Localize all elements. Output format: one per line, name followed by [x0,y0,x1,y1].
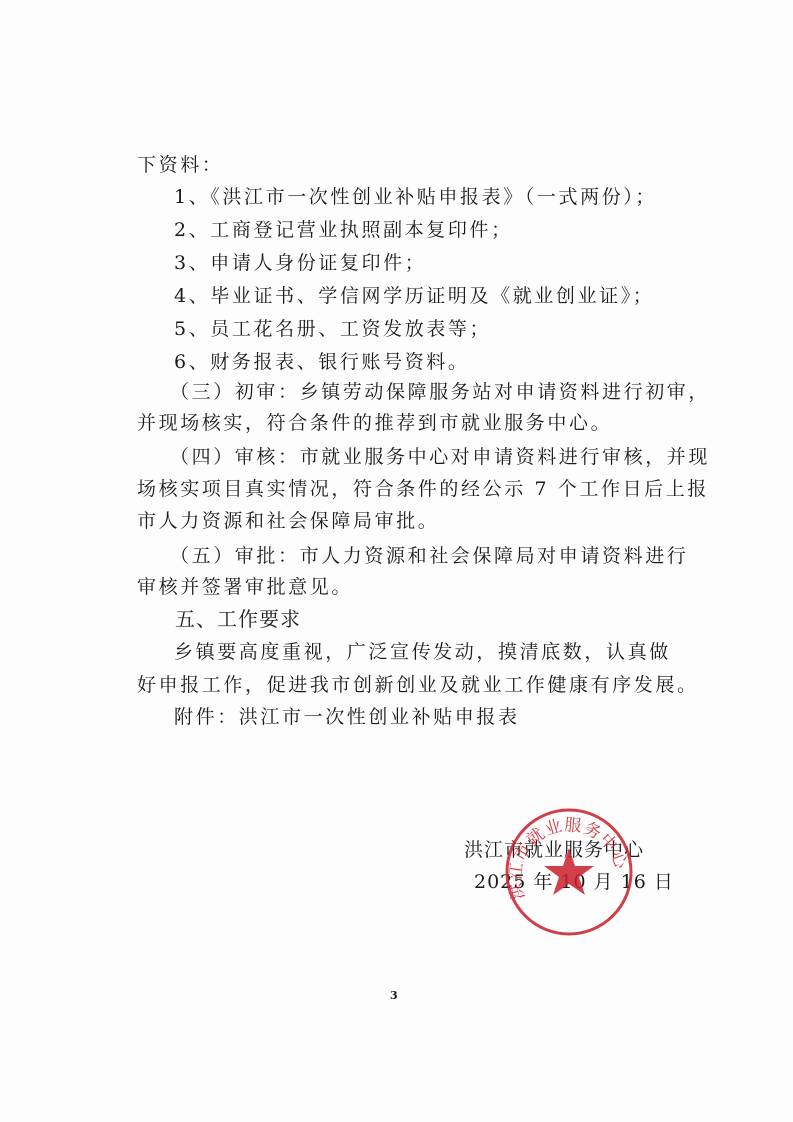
page-number: 3 [390,989,398,1002]
paragraph-step-4-cont: 市人力资源和社会保障局审批。 [137,509,439,533]
paragraph-step-5: （五）审批：市人力资源和社会保障局对申请资料进行 [170,544,688,568]
list-item: 2、工商登记营业执照副本复印件； [174,218,513,242]
list-item: 1、《洪江市一次性创业补贴申报表》（一式两份）； [174,185,657,209]
list-item: 6、财务报表、银行账号资料。 [174,350,470,374]
paragraph-requirements-cont: 好申报工作，促进我市创新创业及就业工作健康有序发展。 [137,673,699,697]
section-heading: 五、工作要求 [175,607,301,631]
materials-intro: 下资料： [137,153,223,177]
list-item: 5、员工花名册、工资发放表等； [174,317,491,341]
paragraph-step-3-cont: 并现场核实，符合条件的推荐到市就业服务中心。 [137,411,612,435]
attachment-note: 附件：洪江市一次性创业补贴申报表 [174,705,520,729]
official-seal-icon: 洪江市就业服务中心 [503,806,635,938]
list-item: 4、毕业证书、学信网学历证明及《就业创业证》； [174,284,654,308]
paragraph-step-4: （四）审核：市就业服务中心对申请资料进行审核，并现 [170,445,710,469]
paragraph-step-5-cont: 审核并签署审批意见。 [137,575,353,599]
list-item: 3、申请人身份证复印件； [174,251,426,275]
paragraph-step-4-cont: 场核实项目真实情况，符合条件的经公示 7 个工作日后上报 [137,477,709,501]
paragraph-step-3: （三）初审：乡镇劳动保障服务站对申请资料进行初审， [170,380,710,404]
paragraph-requirements: 乡镇要高度重视，广泛宣传发动，摸清底数，认真做 [174,640,671,664]
